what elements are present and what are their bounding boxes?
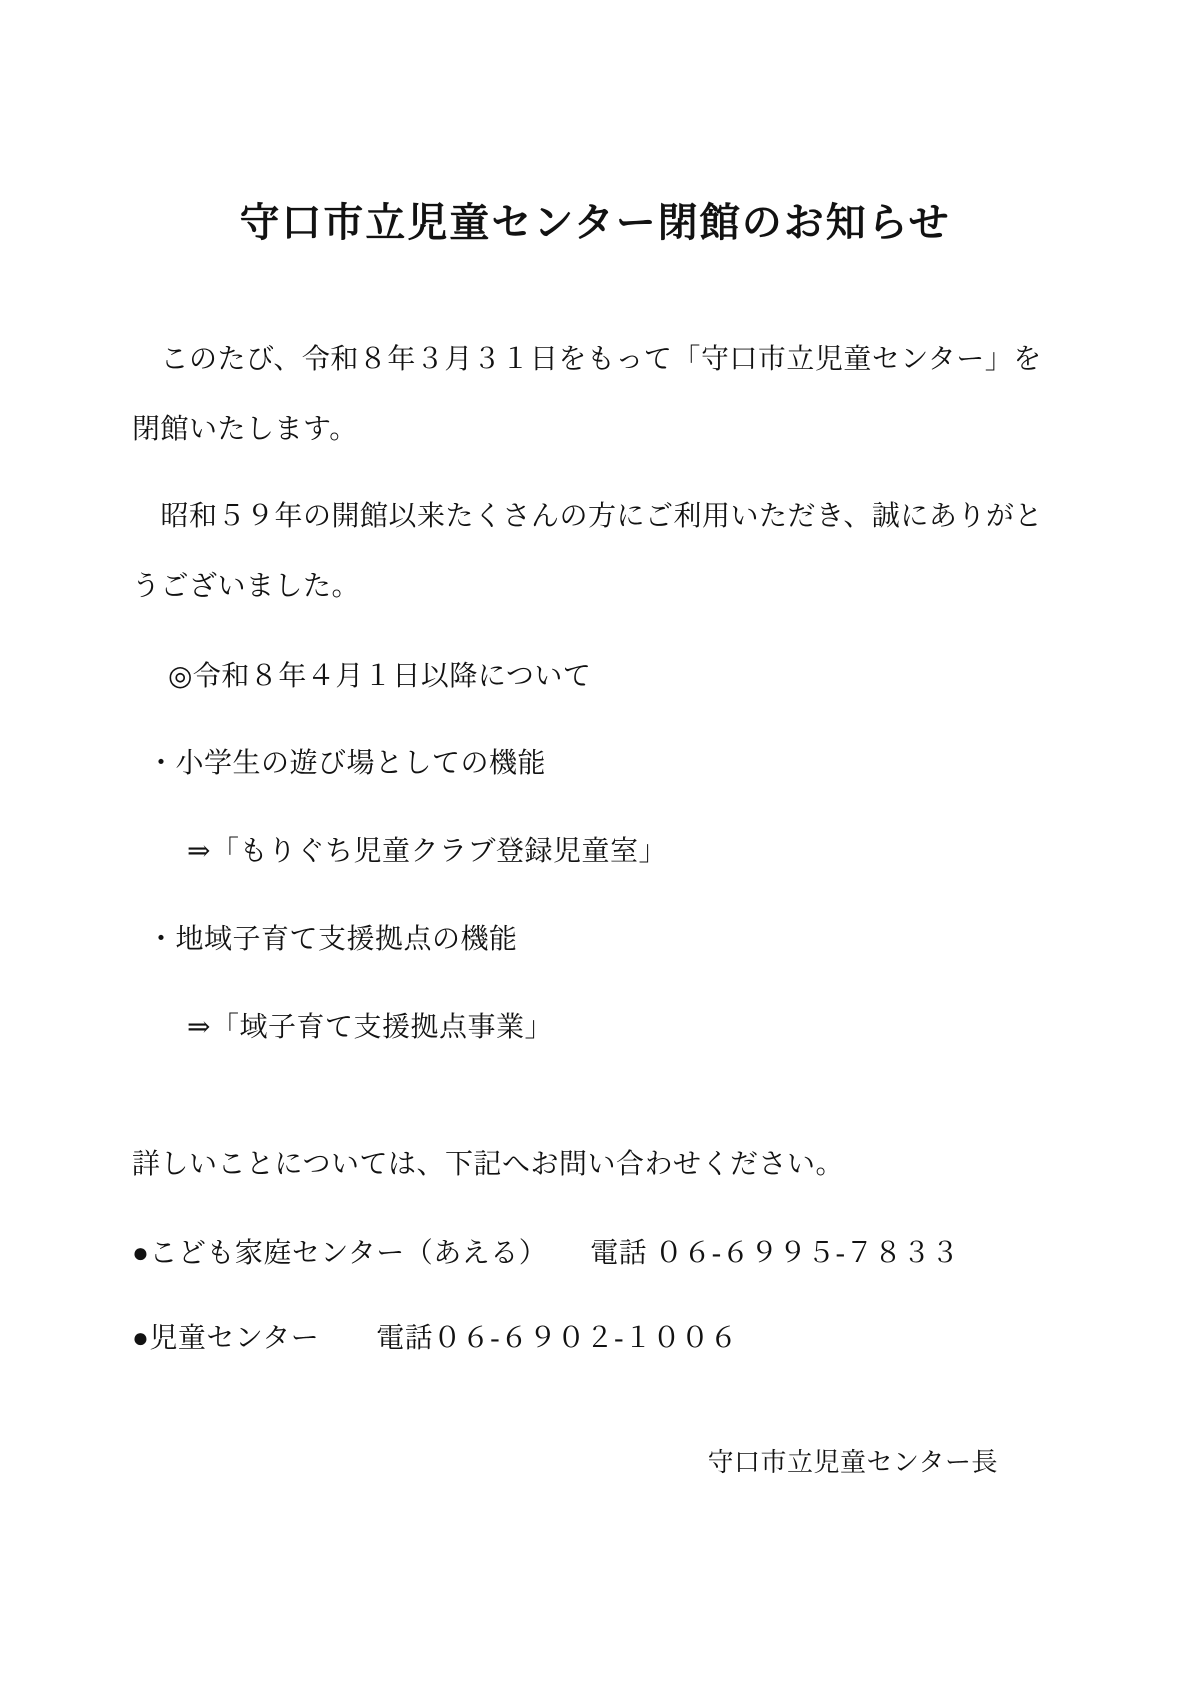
arrow-item-support-base-project: ⇒「域子育て支援拠点事業」	[187, 1010, 553, 1046]
arrow-item-jidou-club: ⇒「もりぐち児童クラブ登録児童室」	[187, 834, 667, 870]
paragraph1-line1: このたび、令和８年３月３１日をもって「守口市立児童センター」を	[132, 342, 1042, 378]
bullet-item-playground-function: ・小学生の遊び場としての機能	[147, 746, 546, 782]
page-title: 守口市立児童センター閉館のお知らせ	[0, 199, 1190, 247]
section-heading: ◎令和８年４月１日以降について	[168, 659, 591, 695]
bullet-item-childcare-support-function: ・地域子育て支援拠点の機能	[147, 922, 518, 958]
paragraph1-line2: 閉館いたします。	[132, 412, 358, 448]
document-page: 守口市立児童センター閉館のお知らせ このたび、令和８年３月３１日をもって「守口市…	[0, 0, 1190, 1683]
contact-line-kodomo-katei-center: ●こども家庭センター（あえる） 電話 ０６-６９９５-７８３３	[132, 1236, 959, 1272]
contact-line-jidou-center: ●児童センター 電話０６-６９０２-１００６	[132, 1321, 738, 1357]
paragraph2-line1: 昭和５９年の開館以来たくさんの方にご利用いただき、誠にありがと	[132, 499, 1043, 535]
contact-intro: 詳しいことについては、下記へお問い合わせください。	[132, 1147, 844, 1183]
signature: 守口市立児童センター長	[708, 1446, 998, 1480]
paragraph2-line2: うございました。	[132, 569, 360, 605]
